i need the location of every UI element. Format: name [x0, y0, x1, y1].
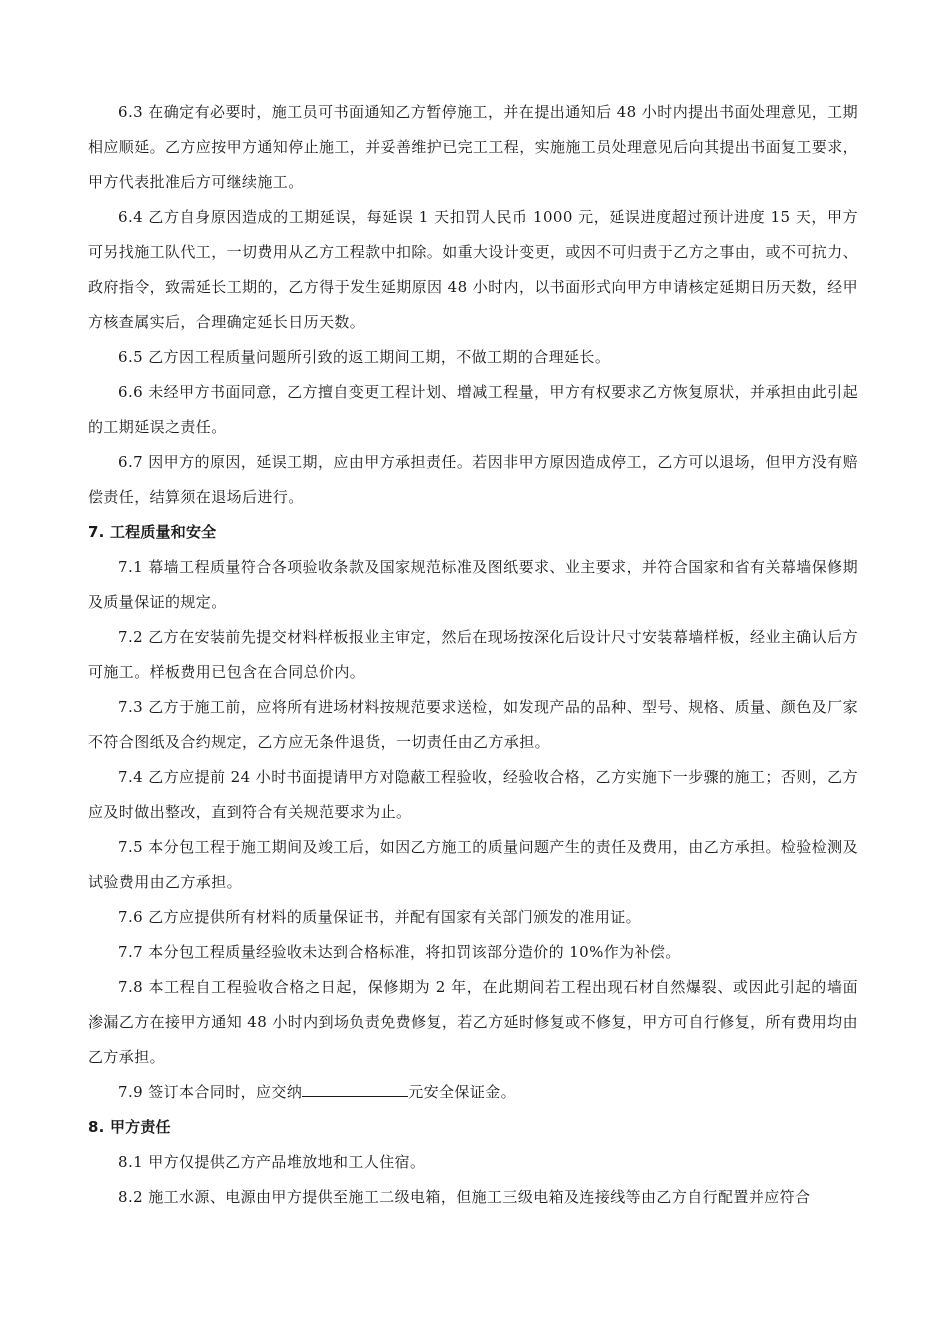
clause-7-1: 7.1 幕墙工程质量符合各项验收条款及国家规范标准及图纸要求、业主要求，并符合国… — [88, 550, 858, 620]
deposit-amount-blank — [302, 1081, 408, 1097]
document-page: 6.3 在确定有必要时，施工员可书面通知乙方暂停施工，并在提出通知后 48 小时… — [88, 95, 858, 1215]
clause-7-4: 7.4 乙方应提前 24 小时书面提请甲方对隐蔽工程验收，经验收合格，乙方实施下… — [88, 760, 858, 830]
section-heading-8: 8. 甲方责任 — [88, 1110, 858, 1145]
clause-7-7: 7.7 本分包工程质量经验收未达到合格标准，将扣罚该部分造价的 10%作为补偿。 — [88, 935, 858, 970]
clause-7-5: 7.5 本分包工程于施工期间及竣工后，如因乙方施工的质量问题产生的责任及费用，由… — [88, 830, 858, 900]
clause-8-1: 8.1 甲方仅提供乙方产品堆放地和工人住宿。 — [88, 1145, 858, 1180]
clause-7-9-before: 7.9 签订本合同时，应交纳 — [118, 1083, 302, 1101]
clause-7-6: 7.6 乙方应提供所有材料的质量保证书，并配有国家有关部门颁发的准用证。 — [88, 900, 858, 935]
clause-6-5: 6.5 乙方因工程质量问题所引致的返工期间工期，不做工期的合理延长。 — [88, 340, 858, 375]
clause-7-9-after: 元安全保证金。 — [408, 1083, 516, 1101]
clause-6-7: 6.7 因甲方的原因，延误工期，应由甲方承担责任。若因非甲方原因造成停工，乙方可… — [88, 445, 858, 515]
clause-6-6: 6.6 未经甲方书面同意，乙方擅自变更工程计划、增减工程量，甲方有权要求乙方恢复… — [88, 375, 858, 445]
clause-7-3: 7.3 乙方于施工前，应将所有进场材料按规范要求送检，如发现产品的品种、型号、规… — [88, 690, 858, 760]
clause-7-2: 7.2 乙方在安装前先提交材料样板报业主审定，然后在现场按深化后设计尺寸安装幕墙… — [88, 620, 858, 690]
section-heading-7: 7. 工程质量和安全 — [88, 515, 858, 550]
clause-7-9: 7.9 签订本合同时，应交纳元安全保证金。 — [88, 1075, 858, 1110]
clause-6-3: 6.3 在确定有必要时，施工员可书面通知乙方暂停施工，并在提出通知后 48 小时… — [88, 95, 858, 200]
clause-7-8: 7.8 本工程自工程验收合格之日起，保修期为 2 年，在此期间若工程出现石材自然… — [88, 970, 858, 1075]
clause-8-2: 8.2 施工水源、电源由甲方提供至施工二级电箱，但施工三级电箱及连接线等由乙方自… — [88, 1180, 858, 1215]
clause-6-4: 6.4 乙方自身原因造成的工期延误，每延误 1 天扣罚人民币 1000 元，延误… — [88, 200, 858, 340]
